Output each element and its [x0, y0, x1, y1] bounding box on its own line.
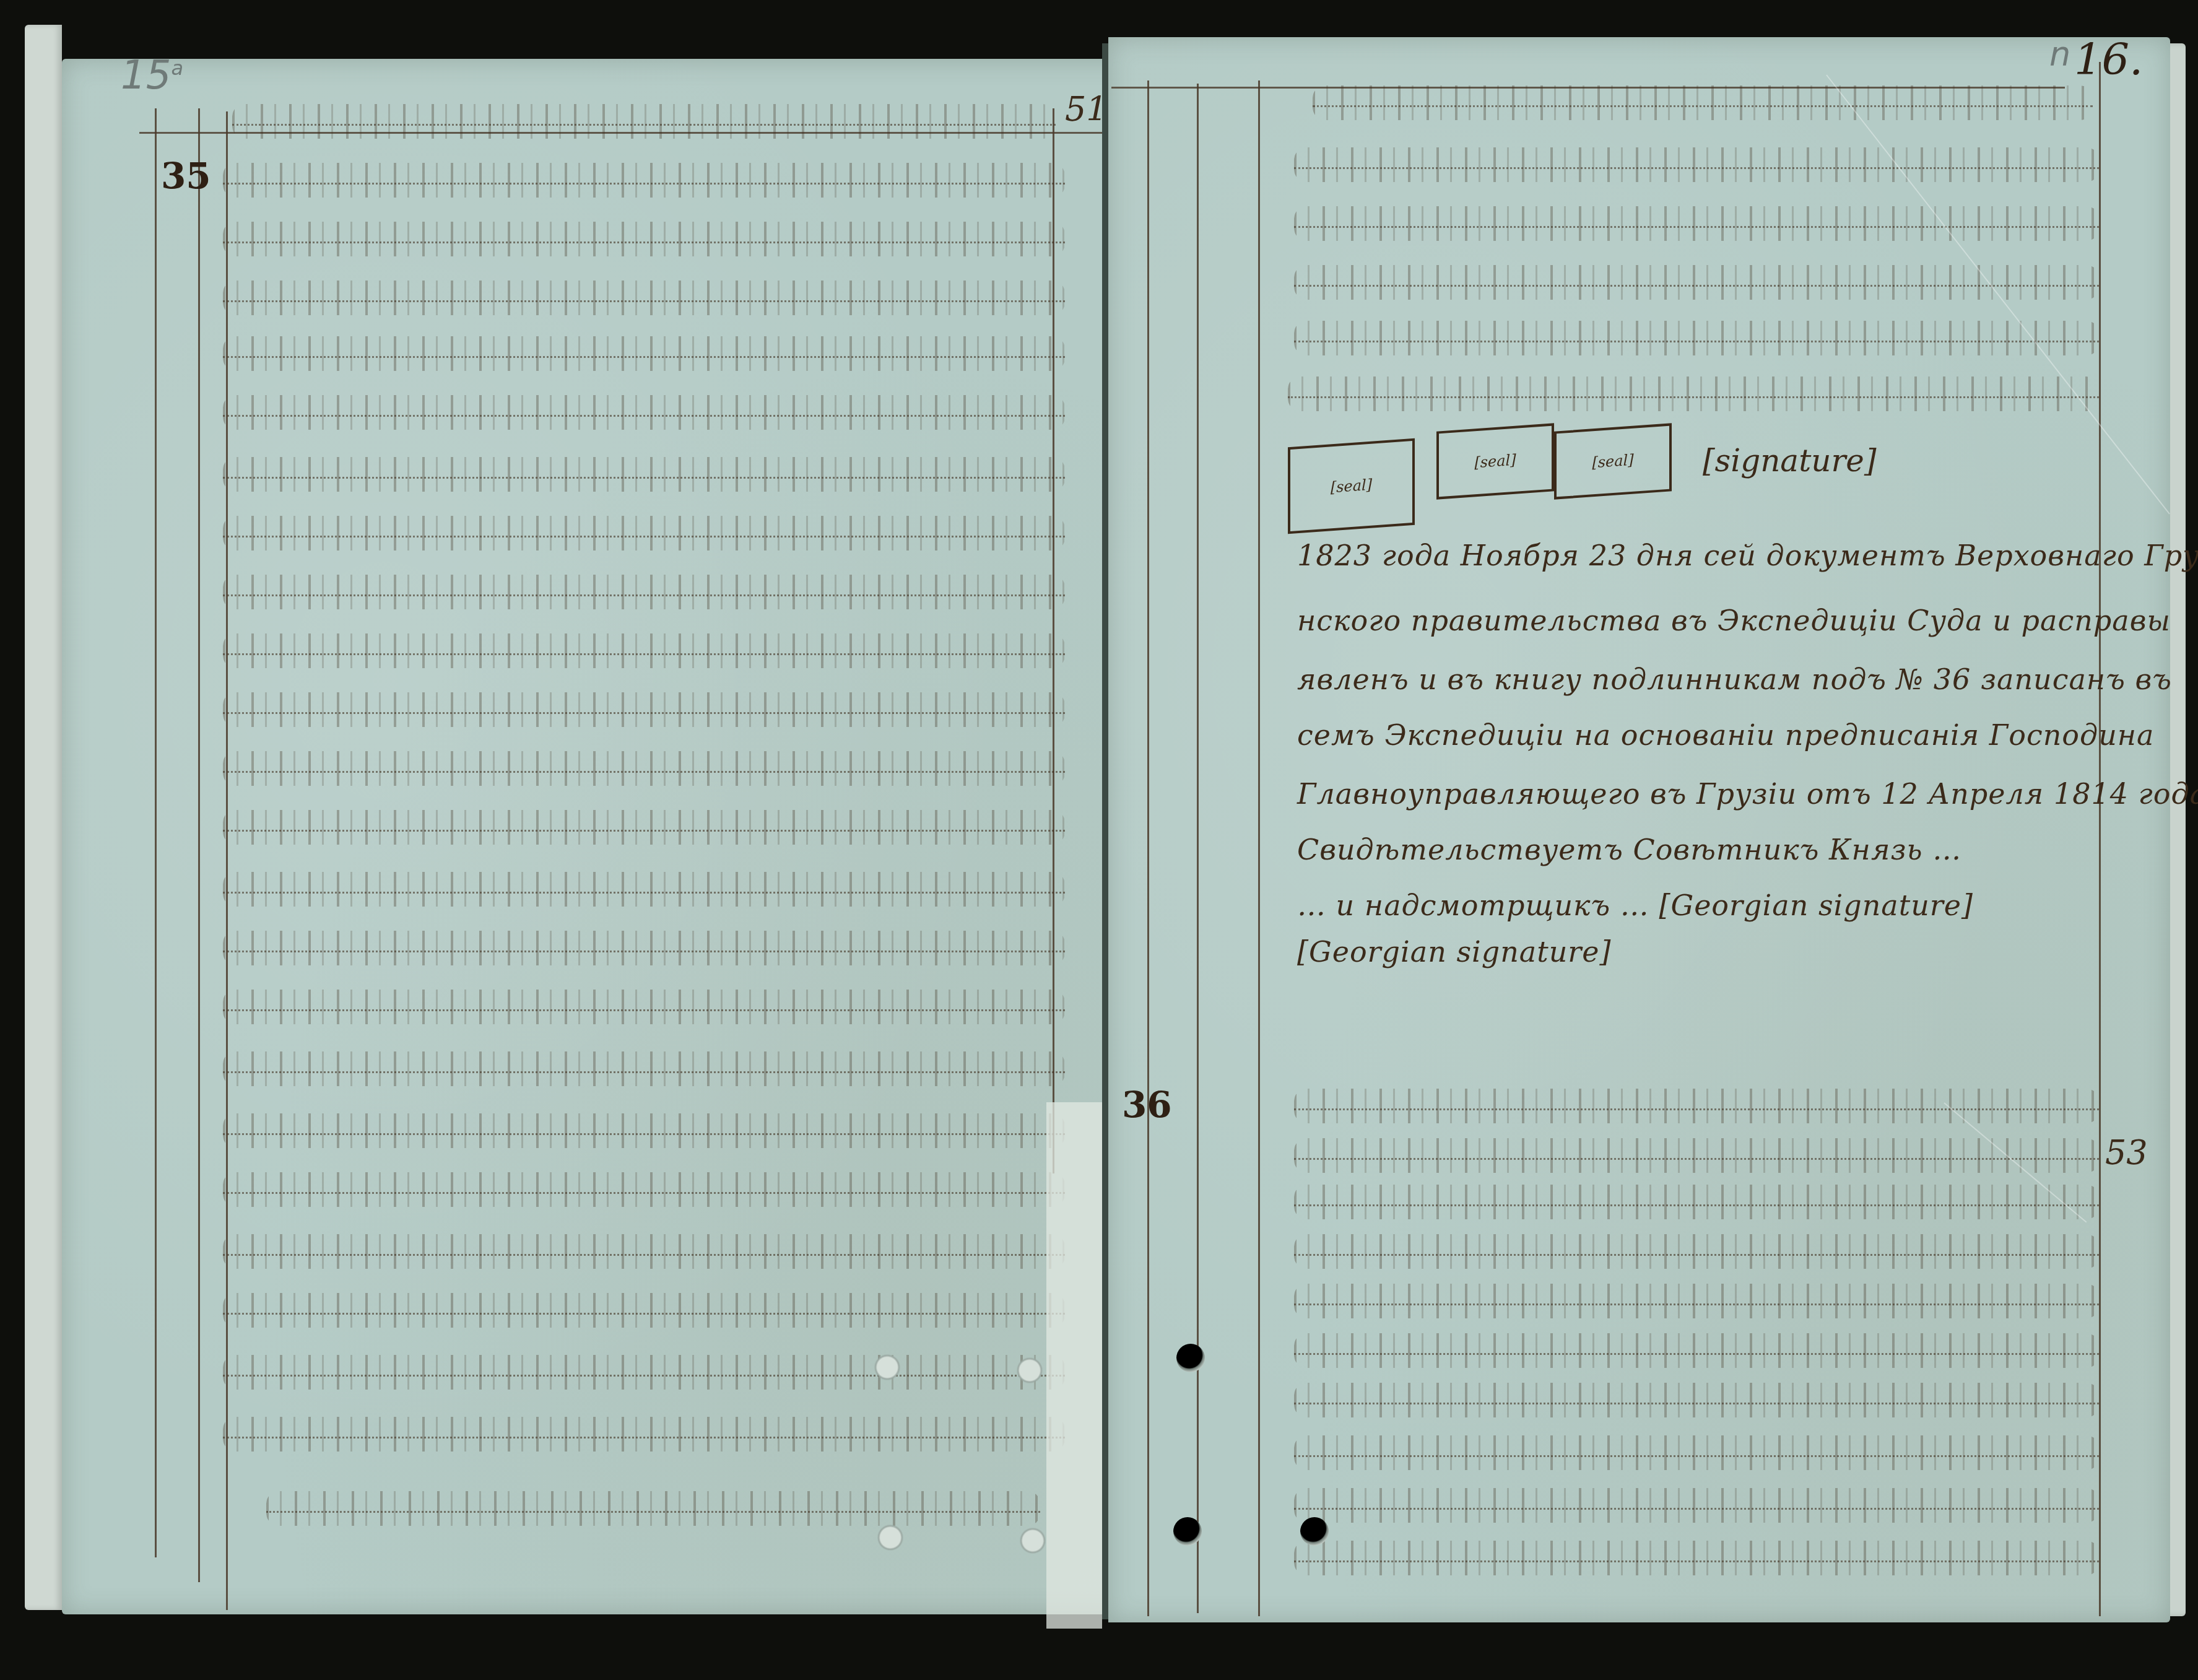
- script-strokes: [1294, 1089, 2099, 1123]
- handwritten-line: [223, 158, 1065, 201]
- script-strokes: [1294, 321, 2099, 355]
- certification-line: семъ Экспедиціи на основаніи предписанія…: [1297, 718, 2155, 752]
- handwritten-line: [1294, 1483, 2099, 1526]
- script-strokes: [223, 872, 1065, 907]
- folio-superscript: a: [171, 56, 183, 80]
- certification-line: … и надсмотрщикъ … [Georgian signature]: [1297, 889, 1973, 922]
- script-strokes: [1294, 1435, 2099, 1470]
- handwritten-line: [223, 1047, 1065, 1090]
- certification-line: нского правительства въ Экспедиціи Суда …: [1297, 604, 2171, 637]
- script-strokes: [223, 395, 1065, 430]
- handwritten-line: [1294, 1229, 2099, 1273]
- script-strokes: [223, 990, 1065, 1024]
- script-strokes: [223, 281, 1065, 315]
- handwritten-line: [223, 276, 1065, 319]
- script-strokes: [1288, 376, 2099, 411]
- handwritten-line: [223, 511, 1065, 554]
- handwritten-line: [1288, 372, 2099, 415]
- handwritten-line: [223, 452, 1065, 495]
- binding-hole-icon: [1300, 1517, 1329, 1546]
- script-strokes: [1294, 1333, 2099, 1368]
- binding-hole-icon: [876, 1523, 905, 1552]
- script-strokes: [1294, 1383, 2099, 1417]
- handwritten-line: [223, 1229, 1065, 1273]
- script-strokes: [1294, 1234, 2099, 1269]
- handwritten-line: [223, 1167, 1065, 1211]
- script-strokes: [1313, 85, 2093, 120]
- binding-hole-icon: [1173, 1517, 1202, 1546]
- handwritten-line: [1294, 1430, 2099, 1474]
- certification-line: 1823 года Ноября 23 дня сей документъ Ве…: [1297, 539, 2198, 572]
- margin-rule-3: [1258, 81, 1260, 1616]
- handwritten-line: [1294, 1180, 2099, 1223]
- handwritten-line: [223, 746, 1065, 790]
- handwritten-line: [232, 99, 1056, 142]
- handwritten-line: [223, 1288, 1065, 1331]
- margin-rule-1: [155, 108, 157, 1557]
- script-strokes: [266, 1491, 1040, 1526]
- certification-line: Свидѣтельствуетъ Совѣтникъ Князь …: [1297, 833, 1961, 866]
- manuscript-spread: 15a 35 51: [0, 0, 2198, 1680]
- binding-hole-icon: [873, 1353, 901, 1382]
- handwritten-line: [1294, 316, 2099, 359]
- script-strokes: [1294, 1185, 2099, 1219]
- handwritten-line: [223, 805, 1065, 848]
- script-strokes: [1294, 206, 2099, 241]
- script-strokes: [223, 222, 1065, 256]
- gutter-margin-mark: 51: [1065, 90, 1108, 129]
- binding-hole-icon: [1019, 1526, 1047, 1555]
- entry-number: 35: [161, 155, 211, 197]
- script-strokes: [223, 1172, 1065, 1207]
- handwritten-line: [223, 1108, 1065, 1152]
- script-strokes: [223, 633, 1065, 668]
- script-strokes: [223, 692, 1065, 727]
- seal-box: [seal]: [1436, 423, 1554, 499]
- script-strokes: [223, 516, 1065, 551]
- script-strokes: [1294, 1284, 2099, 1318]
- script-strokes: [223, 1051, 1065, 1086]
- script-strokes: [223, 163, 1065, 198]
- left-page-edge: [25, 25, 62, 1610]
- script-strokes: [223, 1113, 1065, 1148]
- certification-line: Главноуправляющего въ Грузіи отъ 12 Апре…: [1297, 777, 2198, 811]
- handwritten-line: [1294, 1328, 2099, 1372]
- folio-number: 16.: [2074, 34, 2143, 85]
- binding-hole-icon: [1176, 1344, 1205, 1372]
- script-strokes: [223, 1417, 1065, 1452]
- handwritten-line: [223, 867, 1065, 910]
- script-strokes: [223, 1355, 1065, 1390]
- script-strokes: [1294, 1138, 2099, 1173]
- handwritten-line: [223, 926, 1065, 969]
- script-strokes: [223, 457, 1065, 492]
- script-strokes: [223, 575, 1065, 609]
- script-strokes: [1294, 147, 2099, 182]
- handwritten-line: [266, 1486, 1040, 1530]
- margin-rule-2: [198, 108, 200, 1582]
- seal-box: [seal]: [1554, 423, 1672, 499]
- seal-box: [seal]: [1288, 438, 1415, 534]
- handwritten-line: [1294, 1084, 2099, 1127]
- handwritten-line: [1294, 1279, 2099, 1322]
- script-strokes: [223, 931, 1065, 965]
- folio-number-pencil: 15a: [121, 53, 183, 98]
- handwritten-line: [223, 1350, 1065, 1393]
- handwritten-line: [223, 390, 1065, 433]
- handwritten-line: [223, 331, 1065, 375]
- handwritten-line: [223, 629, 1065, 672]
- handwritten-line: [223, 687, 1065, 731]
- margin-rule-1: [1147, 81, 1149, 1616]
- handwritten-line: [223, 1412, 1065, 1455]
- binding-hole-icon: [1015, 1356, 1044, 1385]
- handwritten-line: [1294, 1133, 2099, 1177]
- script-strokes: [232, 104, 1056, 139]
- certification-line: [Georgian signature]: [1297, 935, 1612, 968]
- handwritten-line: [223, 985, 1065, 1028]
- entry-number: 36: [1122, 1084, 1172, 1126]
- handwritten-line: [223, 217, 1065, 260]
- script-strokes: [1294, 1488, 2099, 1523]
- handwritten-line: [1294, 260, 2099, 303]
- signature: [signature]: [1703, 443, 1876, 479]
- handwritten-line: [223, 570, 1065, 613]
- handwritten-line: [1294, 1536, 2099, 1579]
- handwritten-line: [1294, 142, 2099, 186]
- certification-line: явленъ и въ книгу подлинникам подъ № 36 …: [1297, 663, 2172, 696]
- handwritten-line: [1294, 1378, 2099, 1421]
- script-strokes: [223, 336, 1065, 371]
- handwritten-line: [1294, 201, 2099, 245]
- script-strokes: [223, 810, 1065, 845]
- script-strokes: [223, 751, 1065, 786]
- folio-number-text: 15: [121, 53, 171, 98]
- script-strokes: [223, 1293, 1065, 1328]
- repair-tape: [1046, 1102, 1102, 1629]
- right-margin-rule: [2099, 62, 2101, 1616]
- script-strokes: [1294, 1541, 2099, 1575]
- handwritten-line: [1313, 81, 2093, 124]
- right-margin-mark: 53: [2105, 1133, 2148, 1172]
- folio-pencil-mark: n: [2049, 34, 2070, 73]
- margin-rule-2: [1197, 84, 1199, 1613]
- script-strokes: [223, 1234, 1065, 1269]
